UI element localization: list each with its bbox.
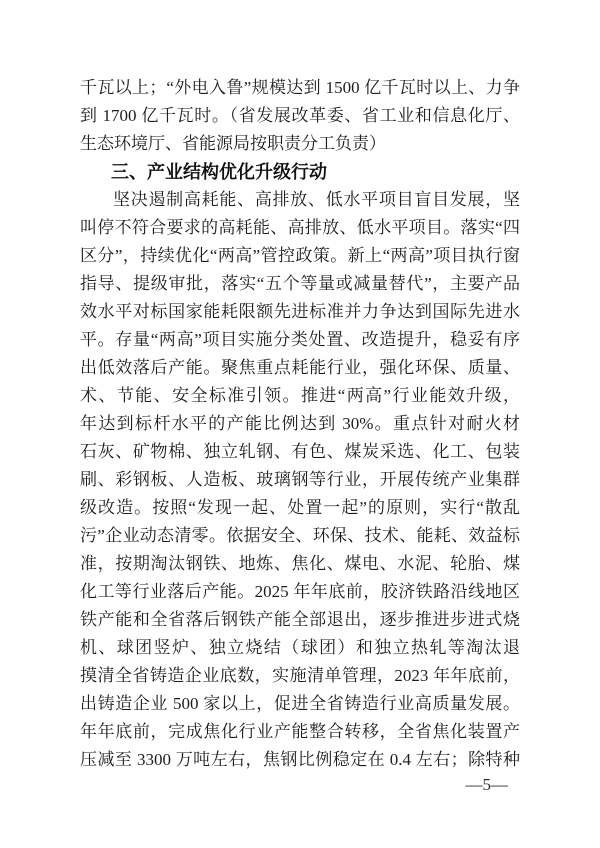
section-heading: 三、产业结构优化升级行动 [80,158,520,186]
text-line: 污”企业动态清零。依据安全、环保、技术、能耗、效益标 [80,522,520,550]
text-line: 刷、彩钢板、人造板、玻璃钢等行业，开展传统产业集群升 [80,466,520,494]
text-line: 区分”，持续优化“两高”管控政策。新上“两高”项目执行窗口 [80,242,520,270]
document-body: 千瓦以上；“外电入鲁”规模达到 1500 亿千瓦时以上、力争达到 1700 亿千… [80,74,520,774]
text-line: 摸清全省铸造企业底数，实施清单管理，2023 年年底前，退 [80,662,520,690]
text-line: 石灰、矿物棉、独立轧钢、有色、煤炭采选、化工、包装印 [80,438,520,466]
text-line: 出低效落后产能。聚焦重点耗能行业，强化环保、质量、技 [80,354,520,382]
text-line: 术、节能、安全标准引领。推进“两高”行业能效升级，2025 [80,382,520,410]
document-page: 千瓦以上；“外电入鲁”规模达到 1500 亿千瓦时以上、力争达到 1700 亿千… [0,0,600,848]
text-line: 年年底前，完成焦化行业产能整合转移，全省焦化装置产能 [80,718,520,746]
text-line: 级改造。按照“发现一起、处置一起”的原则，实行“散乱 [80,494,520,522]
text-line: 平。存量“两高”项目实施分类处置、改造提升，稳妥有序退 [80,326,520,354]
text-line: 效水平对标国家能耗限额先进标准并力争达到国际先进水 [80,298,520,326]
text-line: 年达到标杆水平的产能比例达到 30%。重点针对耐火材料、 [80,410,520,438]
text-line: 化工等行业落后产能。2025 年年底前，胶济铁路沿线地区钢 [80,578,520,606]
text-line: 压减至 3300 万吨左右，焦钢比例稳定在 0.4 左右；除特种水 [80,746,520,774]
page-number: —5— [466,774,509,796]
text-line: 叫停不符合要求的高耗能、高排放、低水平项目。落实“四个 [80,214,520,242]
text-line: 千瓦以上；“外电入鲁”规模达到 1500 亿千瓦时以上、力争达 [80,74,520,102]
text-line: 出铸造企业 500 家以上，促进全省铸造行业高质量发展。2024 [80,690,520,718]
text-line: 准，按期淘汰钢铁、地炼、焦化、煤电、水泥、轮胎、煤炭、 [80,550,520,578]
text-line: 铁产能和全省落后钢铁产能全部退出，逐步推进步进式烧结 [80,606,520,634]
text-line: 生态环境厅、省能源局按职责分工负责） [80,130,520,158]
text-line: 坚决遏制高耗能、高排放、低水平项目盲目发展，坚决 [80,186,520,214]
text-line: 到 1700 亿千瓦时。（省发展改革委、省工业和信息化厅、省 [80,102,520,130]
text-line: 机、球团竖炉、独立烧结（球团）和独立热轧等淘汰退出。 [80,634,520,662]
text-line: 指导、提级审批，落实“五个等量或减量替代”，主要产品能 [80,270,520,298]
